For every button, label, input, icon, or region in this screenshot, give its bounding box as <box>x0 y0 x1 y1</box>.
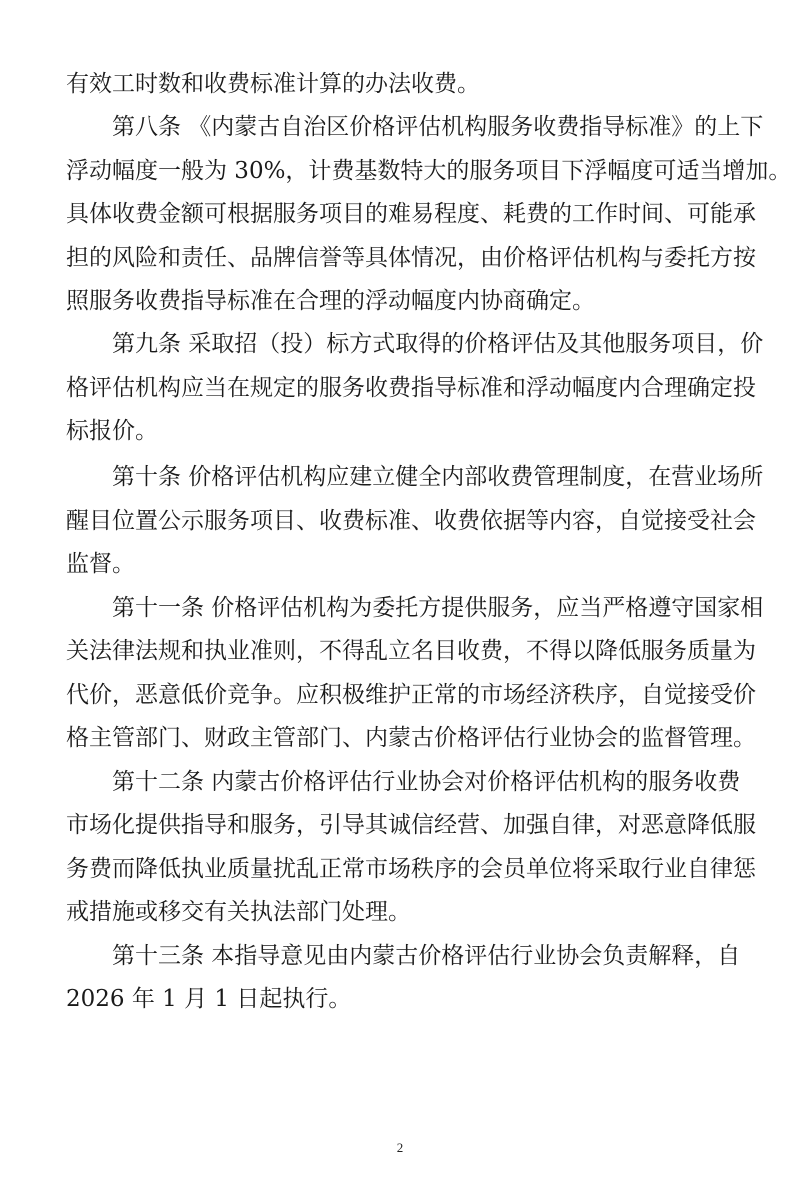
article-first-line: 第九条 采取招（投）标方式取得的价格评估及其他服务项目，价 <box>112 328 736 360</box>
article-first-line: 第十三条 本指导意见由内蒙古价格评估行业协会负责解释，自 <box>112 940 736 972</box>
article-first-line: 第十条 价格评估机构应建立健全内部收费管理制度，在营业场所 <box>112 461 736 493</box>
paragraph-line: 格评估机构应当在规定的服务收费指导标准和浮动幅度内合理确定投 <box>66 372 736 404</box>
article-first-line: 第十一条 价格评估机构为委托方提供服务，应当严格遵守国家相 <box>112 592 736 624</box>
paragraph-line: 市场化提供指导和服务，引导其诚信经营、加强自律，对恶意降低服 <box>66 809 736 841</box>
paragraph-line: 照服务收费指导标准在合理的浮动幅度内协商确定。 <box>66 285 736 317</box>
paragraph-line: 戒措施或移交有关执法部门处理。 <box>66 896 736 928</box>
paragraph-line: 有效工时数和收费标准计算的办法收费。 <box>66 68 736 100</box>
paragraph-line: 监督。 <box>66 548 736 580</box>
article-first-line: 第十二条 内蒙古价格评估行业协会对价格评估机构的服务收费 <box>112 766 736 798</box>
paragraph-line: 代价，恶意低价竞争。应积极维护正常的市场经济秩序，自觉接受价 <box>66 679 736 711</box>
page-number: 2 <box>390 1140 410 1156</box>
paragraph-line: 醒目位置公示服务项目、收费标准、收费依据等内容，自觉接受社会 <box>66 505 736 537</box>
paragraph-line: 2026 年 1 月 1 日起执行。 <box>66 983 736 1015</box>
paragraph-line: 担的风险和责任、品牌信誉等具体情况，由价格评估机构与委托方按 <box>66 242 736 274</box>
paragraph-line: 关法律法规和执业准则，不得乱立名目收费，不得以降低服务质量为 <box>66 635 736 667</box>
paragraph-line: 标报价。 <box>66 415 736 447</box>
article-first-line: 第八条 《内蒙古自治区价格评估机构服务收费指导标准》的上下 <box>112 111 736 143</box>
paragraph-line: 浮动幅度一般为 30%，计费基数特大的服务项目下浮幅度可适当增加。 <box>66 155 736 187</box>
paragraph-line: 格主管部门、财政主管部门、内蒙古价格评估行业协会的监督管理。 <box>66 722 736 754</box>
document-page: 有效工时数和收费标准计算的办法收费。第八条 《内蒙古自治区价格评估机构服务收费指… <box>0 0 800 1195</box>
paragraph-line: 务费而降低执业质量扰乱正常市场秩序的会员单位将采取行业自律惩 <box>66 853 736 885</box>
paragraph-line: 具体收费金额可根据服务项目的难易程度、耗费的工作时间、可能承 <box>66 198 736 230</box>
